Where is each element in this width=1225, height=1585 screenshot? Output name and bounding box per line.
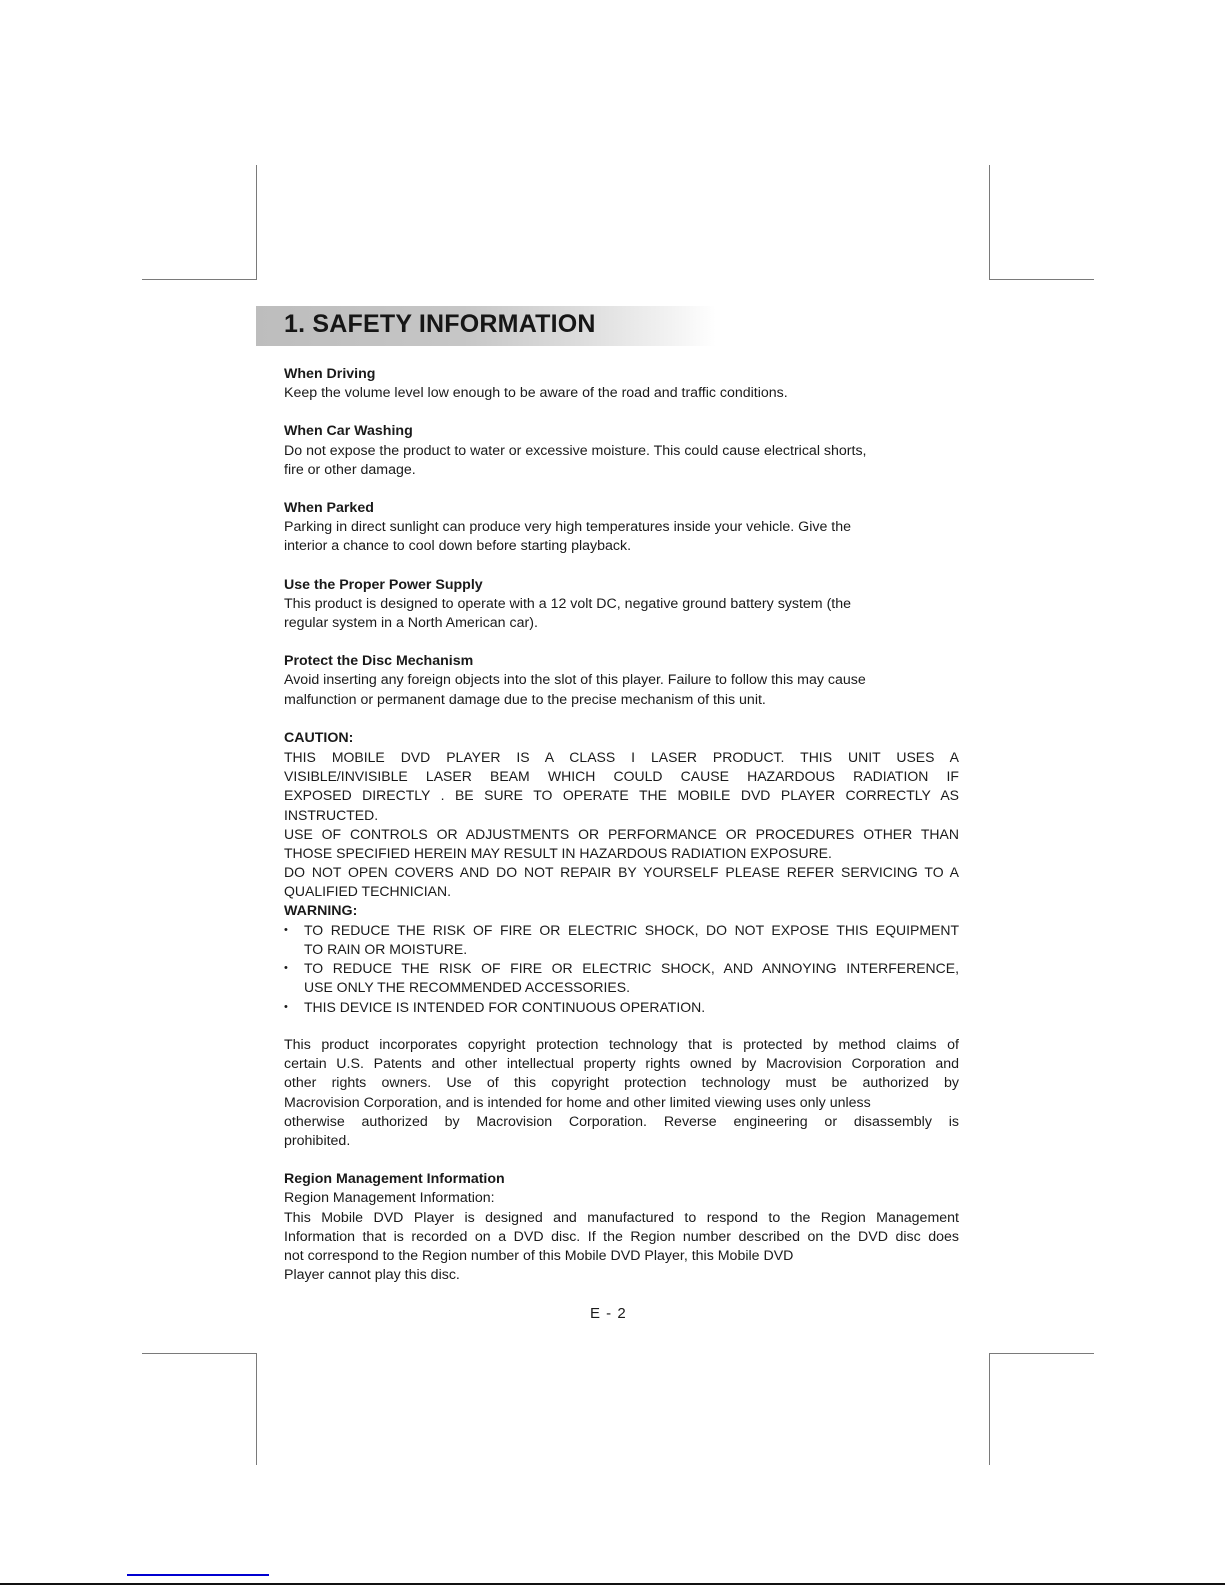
copyright-notice: This product incorporates copyright prot… — [284, 1036, 959, 1151]
section-text: Parking in direct sunlight can produce v… — [284, 518, 959, 537]
copyright-line: otherwise authorized by Macrovision Corp… — [284, 1113, 959, 1132]
warning-item: •TO REDUCE THE RISK OF FIRE OR ELECTRIC … — [284, 921, 959, 959]
region-line: Region Management Information: — [284, 1189, 959, 1208]
crop-mark-bottom-right-v — [989, 1353, 990, 1465]
crop-mark-top-right-v — [989, 165, 990, 280]
section-title: 1. SAFETY INFORMATION — [284, 310, 596, 339]
document-body: When DrivingKeep the volume level low en… — [284, 365, 959, 1285]
section-title-bar: 1. SAFETY INFORMATION — [256, 306, 716, 346]
caution-line: THOSE SPECIFIED HEREIN MAY RESULT IN HAZ… — [284, 844, 959, 863]
section-text: regular system in a North American car). — [284, 614, 959, 633]
warning-text: USE ONLY THE RECOMMENDED ACCESSORIES. — [304, 978, 959, 997]
crop-mark-bottom-right-h — [989, 1353, 1094, 1354]
warning-text: TO REDUCE THE RISK OF FIRE OR ELECTRIC S… — [304, 921, 959, 940]
region-line: not correspond to the Region number of t… — [284, 1247, 959, 1266]
section-heading: Protect the Disc Mechanism — [284, 652, 959, 671]
crop-mark-top-left-h — [142, 279, 257, 280]
region-line: Information that is recorded on a DVD di… — [284, 1228, 959, 1247]
caution-line: EXPOSED DIRECTLY . BE SURE TO OPERATE TH… — [284, 786, 959, 805]
spacer — [284, 710, 959, 729]
bullet-icon: • — [284, 959, 288, 978]
copyright-line: other rights owners. Use of this copyrig… — [284, 1074, 959, 1093]
safety-section: When Car WashingDo not expose the produc… — [284, 422, 959, 480]
caution-line: INSTRUCTED. — [284, 806, 959, 825]
crop-mark-bottom-left-h — [142, 1353, 257, 1354]
bullet-icon: • — [284, 998, 288, 1017]
safety-section: When DrivingKeep the volume level low en… — [284, 365, 959, 403]
spacer — [284, 480, 959, 499]
warning-block: WARNING: •TO REDUCE THE RISK OF FIRE OR … — [284, 902, 959, 1017]
section-heading: Use the Proper Power Supply — [284, 576, 959, 595]
warning-text: TO REDUCE THE RISK OF FIRE OR ELECTRIC S… — [304, 959, 959, 978]
warning-heading: WARNING: — [284, 902, 959, 921]
region-heading: Region Management Information — [284, 1170, 959, 1189]
link-underline[interactable] — [127, 1574, 269, 1576]
section-text: Do not expose the product to water or ex… — [284, 442, 959, 461]
region-line: Player cannot play this disc. — [284, 1266, 959, 1285]
section-heading: When Car Washing — [284, 422, 959, 441]
region-text: Region Management Information:This Mobil… — [284, 1189, 959, 1285]
safety-sections: When DrivingKeep the volume level low en… — [284, 365, 959, 729]
caution-line: THIS MOBILE DVD PLAYER IS A CLASS I LASE… — [284, 748, 959, 767]
section-text: This product is designed to operate with… — [284, 595, 959, 614]
section-text: interior a chance to cool down before st… — [284, 537, 959, 556]
crop-mark-bottom-left-v — [256, 1353, 257, 1465]
warning-text: TO RAIN OR MOISTURE. — [304, 940, 959, 959]
section-heading: When Parked — [284, 499, 959, 518]
warning-list: •TO REDUCE THE RISK OF FIRE OR ELECTRIC … — [284, 921, 959, 1017]
bullet-icon: • — [284, 921, 288, 940]
copyright-line: certain U.S. Patents and other intellect… — [284, 1055, 959, 1074]
caution-line: VISIBLE/INVISIBLE LASER BEAM WHICH COULD… — [284, 767, 959, 786]
safety-section: Use the Proper Power SupplyThis product … — [284, 576, 959, 634]
crop-mark-top-right-h — [989, 279, 1094, 280]
copyright-line: prohibited. — [284, 1132, 959, 1151]
copyright-line: Macrovision Corporation, and is intended… — [284, 1094, 959, 1113]
spacer — [284, 633, 959, 652]
region-block: Region Management Information Region Man… — [284, 1170, 959, 1285]
caution-line: USE OF CONTROLS OR ADJUSTMENTS OR PERFOR… — [284, 825, 959, 844]
safety-section: Protect the Disc MechanismAvoid insertin… — [284, 652, 959, 710]
warning-item: •TO REDUCE THE RISK OF FIRE OR ELECTRIC … — [284, 959, 959, 997]
page-number: E - 2 — [590, 1305, 627, 1322]
section-text: malfunction or permanent damage due to t… — [284, 691, 959, 710]
caution-text: THIS MOBILE DVD PLAYER IS A CLASS I LASE… — [284, 748, 959, 902]
caution-line: QUALIFIED TECHNICIAN. — [284, 882, 959, 901]
copyright-line: This product incorporates copyright prot… — [284, 1036, 959, 1055]
region-line: This Mobile DVD Player is designed and m… — [284, 1209, 959, 1228]
caution-line: DO NOT OPEN COVERS AND DO NOT REPAIR BY … — [284, 863, 959, 882]
caution-heading: CAUTION: — [284, 729, 959, 748]
section-text: Keep the volume level low enough to be a… — [284, 384, 959, 403]
section-text: fire or other damage. — [284, 461, 959, 480]
section-heading: When Driving — [284, 365, 959, 384]
warning-text: THIS DEVICE IS INTENDED FOR CONTINUOUS O… — [304, 998, 959, 1017]
warning-item: •THIS DEVICE IS INTENDED FOR CONTINUOUS … — [284, 998, 959, 1017]
caution-block: CAUTION: THIS MOBILE DVD PLAYER IS A CLA… — [284, 729, 959, 902]
section-text: Avoid inserting any foreign objects into… — [284, 671, 959, 690]
spacer — [284, 557, 959, 576]
spacer — [284, 403, 959, 422]
crop-mark-top-left-v — [256, 165, 257, 280]
safety-section: When ParkedParking in direct sunlight ca… — [284, 499, 959, 557]
